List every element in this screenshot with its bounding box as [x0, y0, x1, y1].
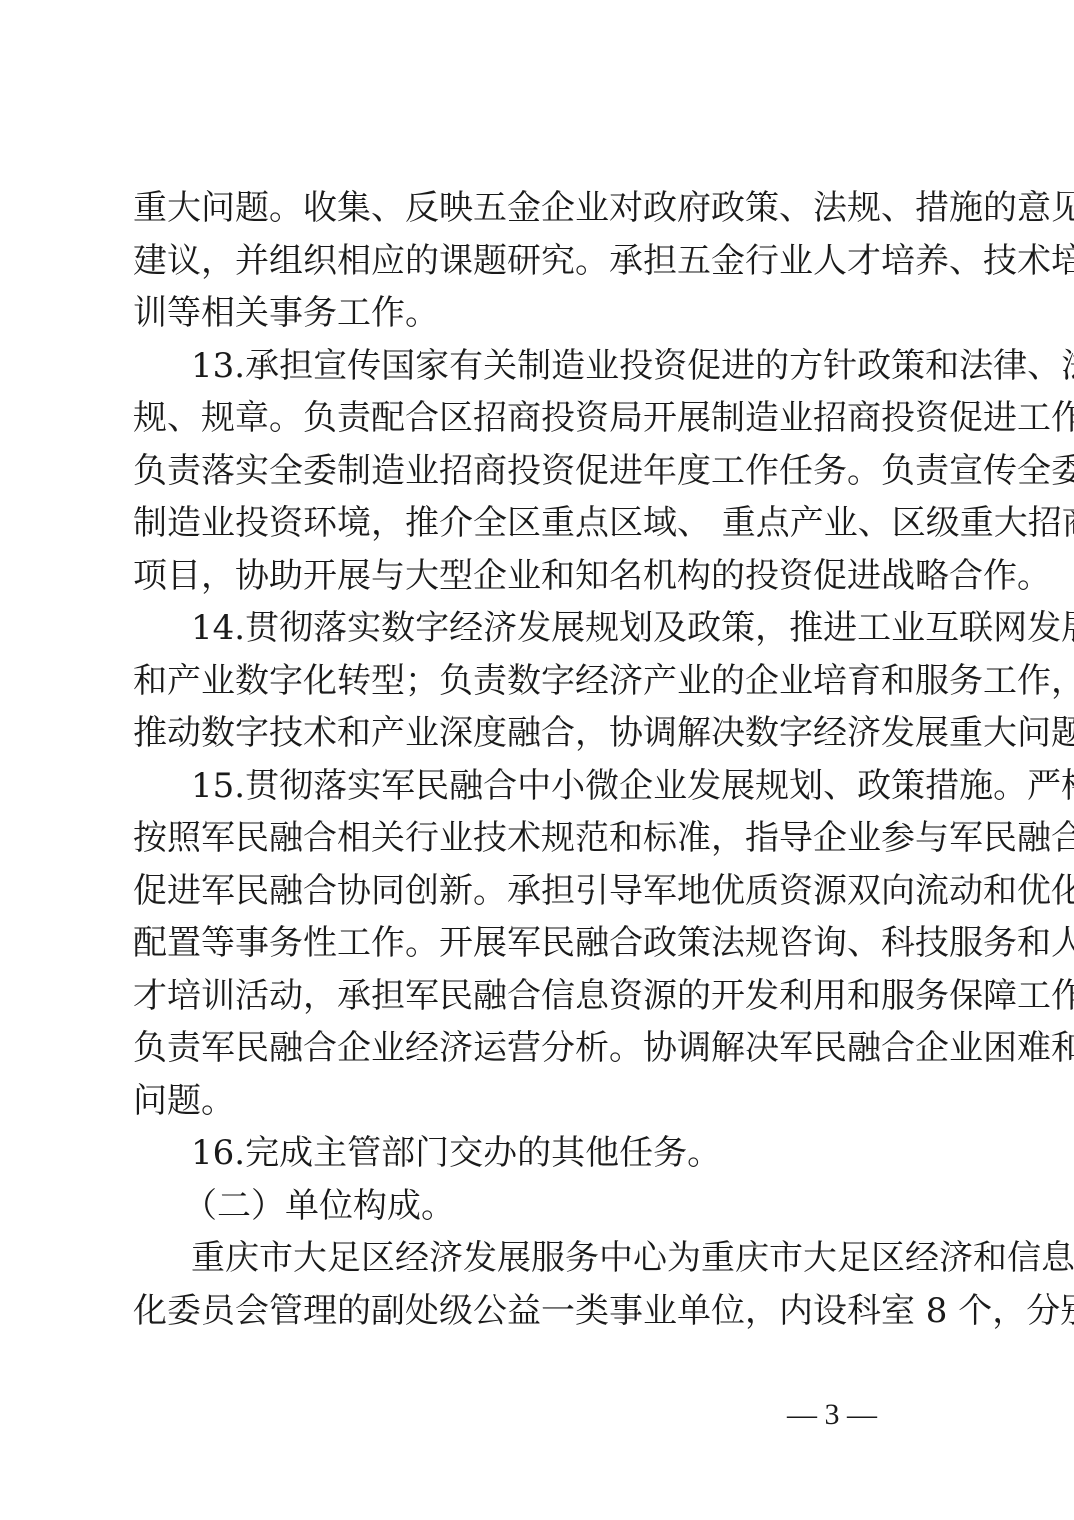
paragraph-15: 15.贯彻落实军民融合中小微企业发展规划、政策措施。严格 按照军民融合相关行业技…	[133, 760, 941, 1128]
text-line: 推动数字技术和产业深度融合，协调解决数字经济发展重大问题。	[133, 707, 941, 760]
text-line: 建议，并组织相应的课题研究。承担五金行业人才培养、技术培	[133, 235, 941, 288]
text-line: 制造业投资环境，推介全区重点区域、 重点产业、区级重大招商	[133, 497, 941, 550]
section-heading: （二）单位构成。	[133, 1180, 941, 1233]
text-line: 15.贯彻落实军民融合中小微企业发展规划、政策措施。严格	[133, 760, 941, 813]
paragraph-16: 16.完成主管部门交办的其他任务。	[133, 1127, 941, 1180]
text-line: 按照军民融合相关行业技术规范和标准，指导企业参与军民融合，	[133, 812, 941, 865]
page-number: — 3 —	[787, 1398, 877, 1432]
paragraph-12-continuation: 重大问题。收集、反映五金企业对政府政策、法规、措施的意见、 建议，并组织相应的课…	[133, 182, 941, 340]
text-line: 16.完成主管部门交办的其他任务。	[133, 1127, 941, 1180]
text-line: 才培训活动，承担军民融合信息资源的开发利用和服务保障工作。	[133, 970, 941, 1023]
text-line: 规、规章。负责配合区招商投资局开展制造业招商投资促进工作。	[133, 392, 941, 445]
text-line: 重大问题。收集、反映五金企业对政府政策、法规、措施的意见、	[133, 182, 941, 235]
text-line: 13.承担宣传国家有关制造业投资促进的方针政策和法律、法	[133, 340, 941, 393]
text-line: 促进军民融合协同创新。承担引导军地优质资源双向流动和优化	[133, 865, 941, 918]
paragraph-14: 14.贯彻落实数字经济发展规划及政策，推进工业互联网发展 和产业数字化转型；负责…	[133, 602, 941, 760]
section-heading-unit-composition: （二）单位构成。	[133, 1180, 941, 1233]
text-line: 化委员会管理的副处级公益一类事业单位，内设科室 8 个，分别	[133, 1285, 941, 1338]
paragraph-unit-composition: 重庆市大足区经济发展服务中心为重庆市大足区经济和信息 化委员会管理的副处级公益一…	[133, 1232, 941, 1337]
document-page: 重大问题。收集、反映五金企业对政府政策、法规、措施的意见、 建议，并组织相应的课…	[133, 182, 941, 1337]
text-line: 项目，协助开展与大型企业和知名机构的投资促进战略合作。	[133, 550, 941, 603]
text-line: 配置等事务性工作。开展军民融合政策法规咨询、科技服务和人	[133, 917, 941, 970]
paragraph-13: 13.承担宣传国家有关制造业投资促进的方针政策和法律、法 规、规章。负责配合区招…	[133, 340, 941, 603]
text-line: 14.贯彻落实数字经济发展规划及政策，推进工业互联网发展	[133, 602, 941, 655]
text-line: 重庆市大足区经济发展服务中心为重庆市大足区经济和信息	[133, 1232, 941, 1285]
text-line: 负责落实全委制造业招商投资促进年度工作任务。负责宣传全委	[133, 445, 941, 498]
text-line: 问题。	[133, 1075, 941, 1128]
text-line: 负责军民融合企业经济运营分析。协调解决军民融合企业困难和	[133, 1022, 941, 1075]
text-line: 训等相关事务工作。	[133, 287, 941, 340]
text-line: 和产业数字化转型；负责数字经济产业的企业培育和服务工作，	[133, 655, 941, 708]
